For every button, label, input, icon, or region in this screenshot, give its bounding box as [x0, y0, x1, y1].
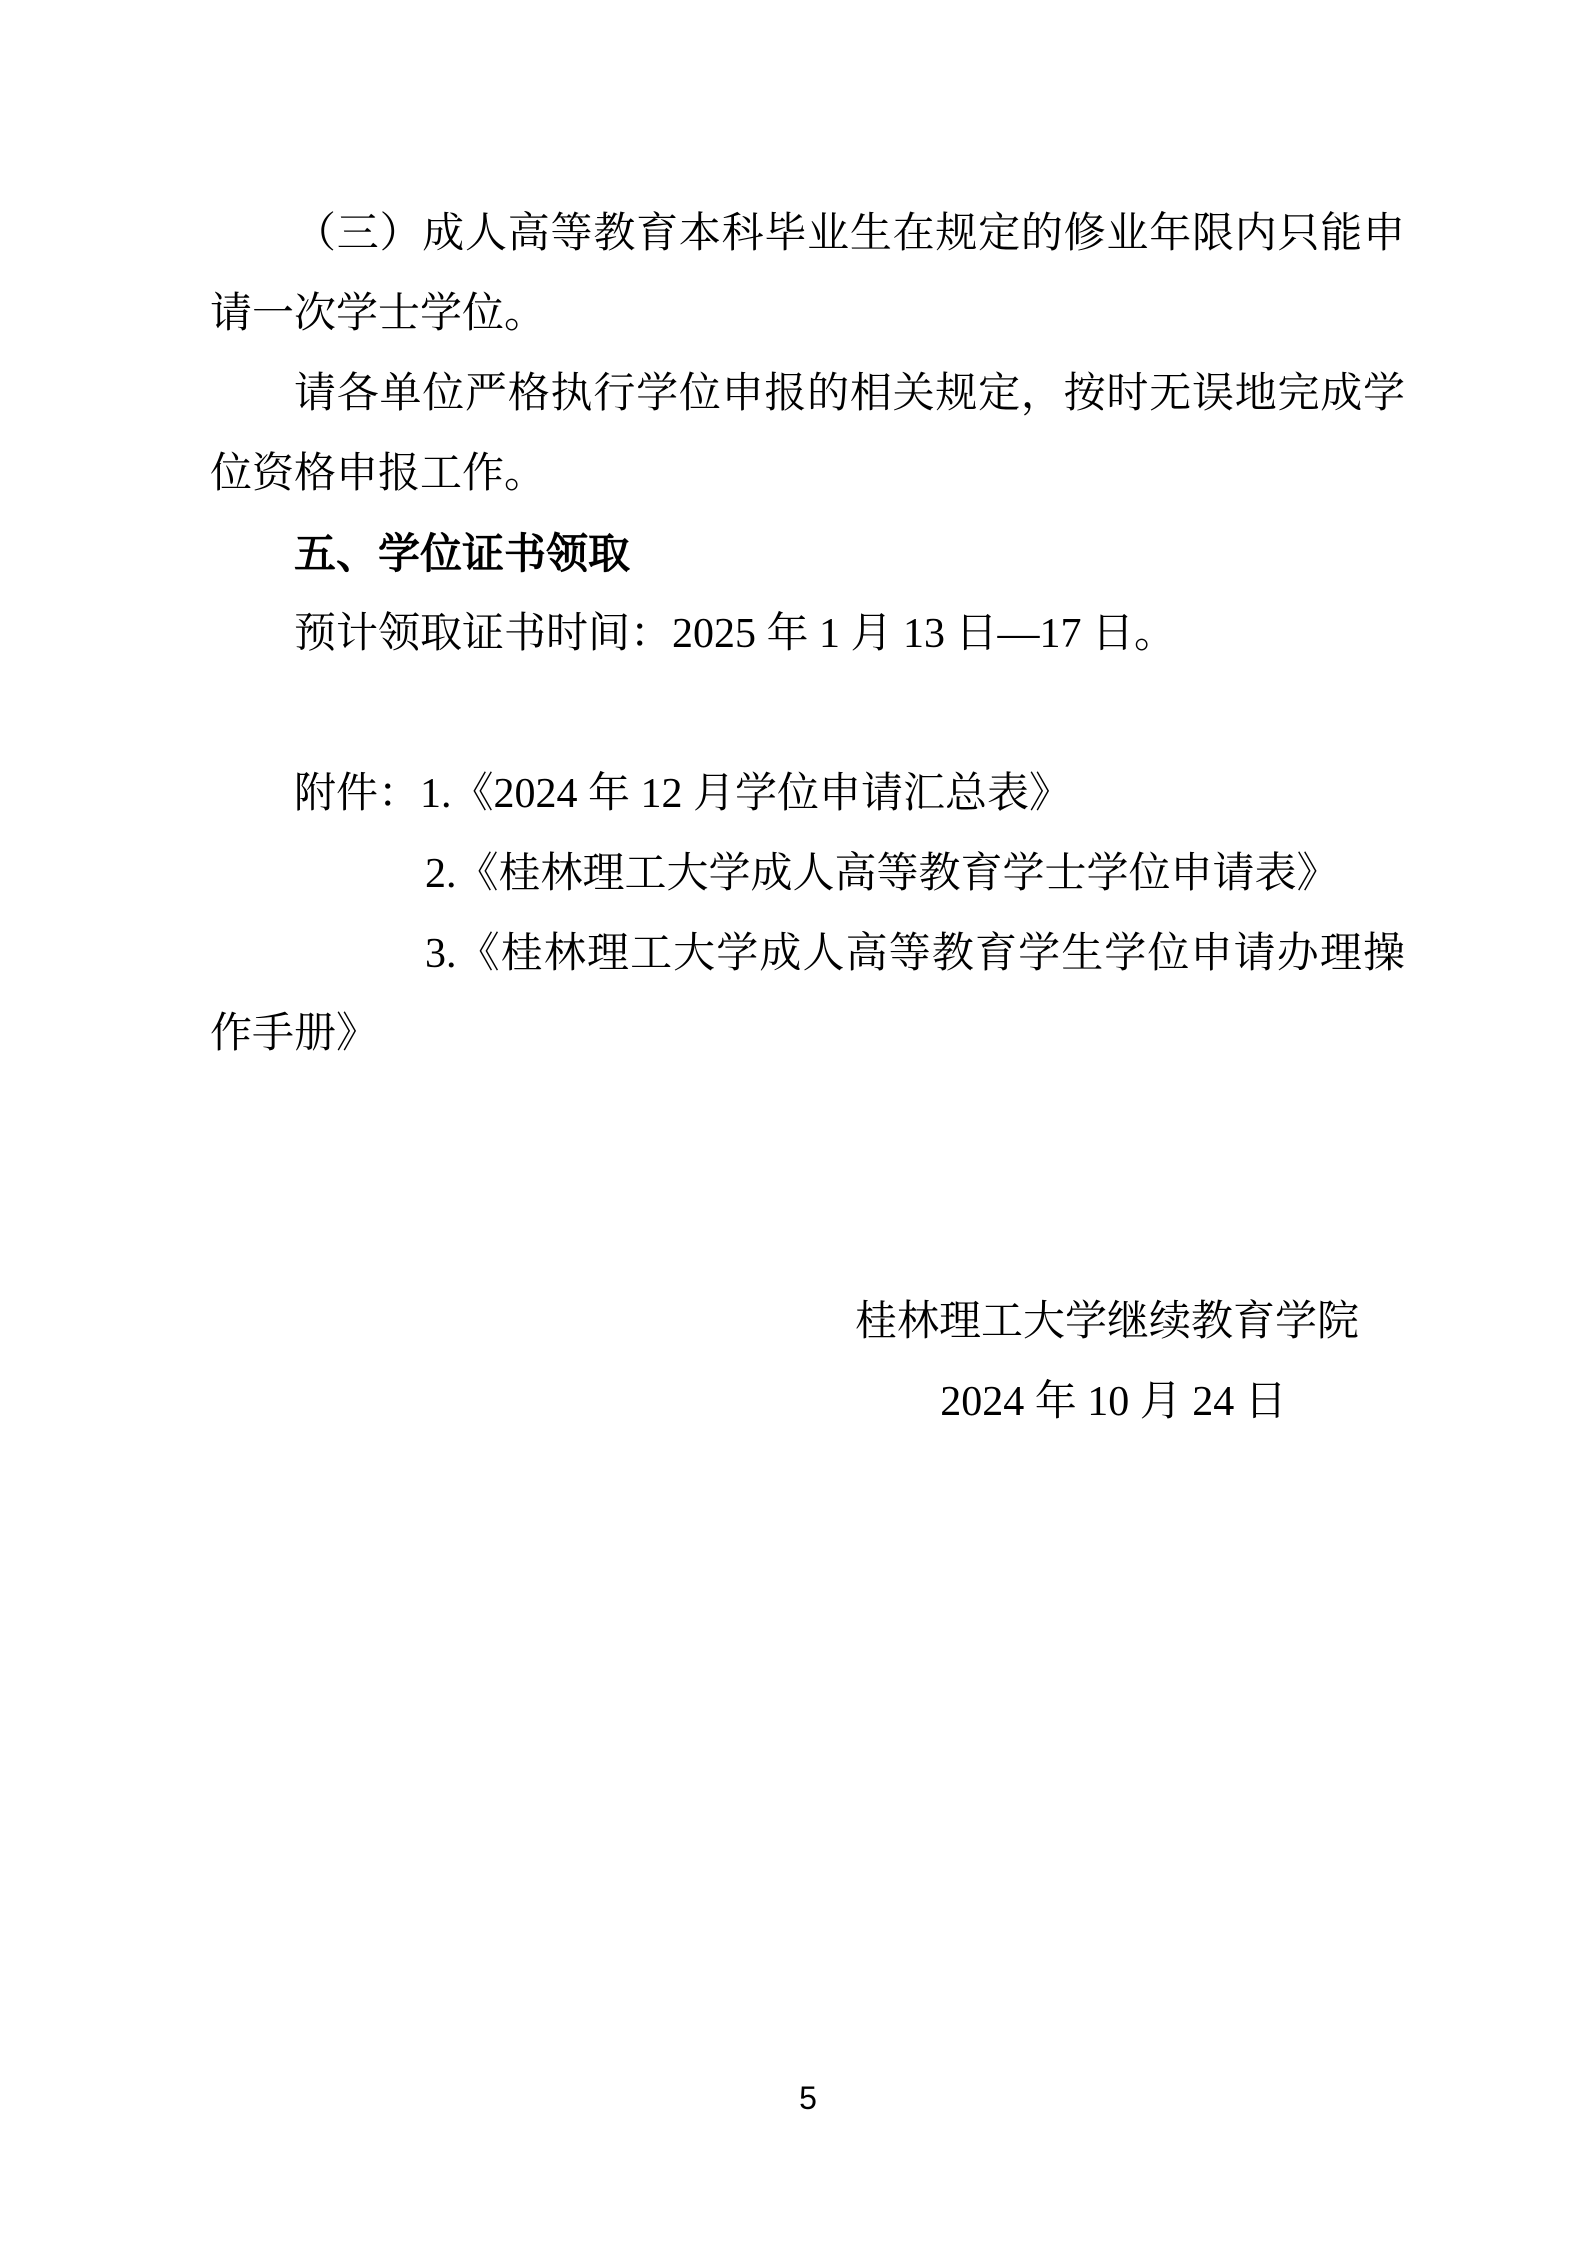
attachment-line-3: 3.《桂林理工大学成人高等教育学生学位申请办理操 [210, 914, 1405, 994]
signature-org: 桂林理工大学继续教育学院 [855, 1282, 1372, 1362]
section-5-heading: 五、学位证书领取 [210, 514, 1405, 594]
attachment-line-4: 作手册》 [210, 994, 1405, 1074]
document-body: （三）成人高等教育本科毕业生在规定的修业年限内只能申 请一次学士学位。 请各单位… [210, 194, 1405, 1074]
page-number: 5 [700, 2080, 916, 2116]
clause-3-line-1: （三）成人高等教育本科毕业生在规定的修业年限内只能申 [210, 194, 1405, 274]
signature-block: 桂林理工大学继续教育学院 2024 年 10 月 24 日 [855, 1282, 1372, 1442]
document-page: （三）成人高等教育本科毕业生在规定的修业年限内只能申 请一次学士学位。 请各单位… [0, 0, 1587, 2245]
signature-date: 2024 年 10 月 24 日 [855, 1362, 1372, 1442]
attachment-line-2: 2.《桂林理工大学成人高等教育学士学位申请表》 [210, 834, 1405, 914]
certificate-pickup-time: 预计领取证书时间：2025 年 1 月 13 日—17 日。 [210, 594, 1405, 674]
clause-3-line-2: 请一次学士学位。 [210, 274, 1405, 354]
attachment-line-1: 附件：1.《2024 年 12 月学位申请汇总表》 [210, 754, 1405, 834]
notice-request-line-2: 位资格申报工作。 [210, 434, 1405, 514]
notice-request-line-1: 请各单位严格执行学位申报的相关规定，按时无误地完成学 [210, 354, 1405, 434]
spacer-line [210, 674, 1405, 754]
